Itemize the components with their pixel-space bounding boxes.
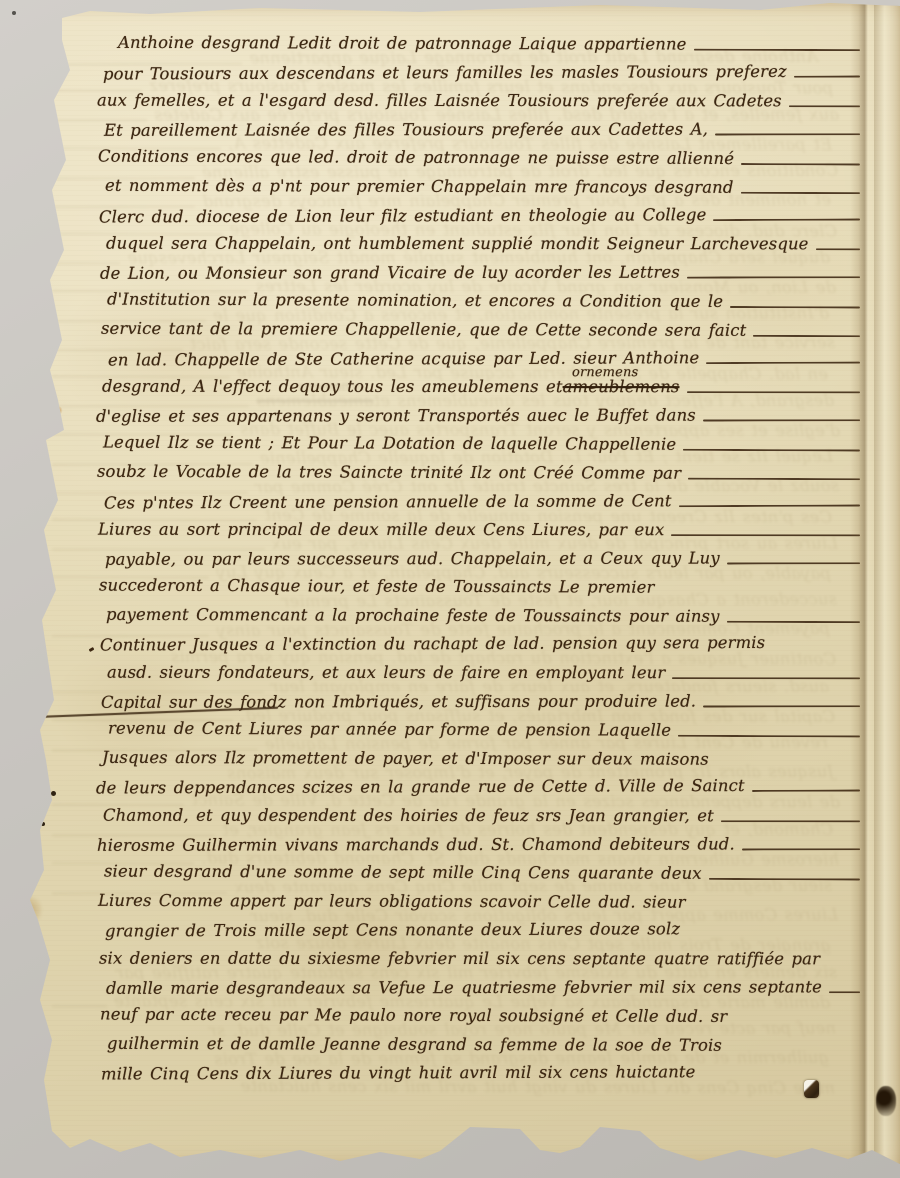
manuscript-line-text: Liures Comme appert par leurs obligation… <box>98 887 686 917</box>
manuscript-line: neuf par acte receu par Me paulo nore ro… <box>100 1001 862 1033</box>
scan-background: Anthoine desgrand Ledit droit de patronn… <box>0 0 900 1178</box>
line-filler-rule <box>752 790 860 792</box>
line-filler-rule <box>709 878 860 881</box>
manuscript-line-text: payement Commencant a la prochaine feste… <box>106 601 720 632</box>
manuscript-line-text: neuf par acte receu par Me paulo nore ro… <box>100 1001 727 1032</box>
manuscript-line-text: Et pareillement Laisnée des filles Tousi… <box>104 115 708 145</box>
manuscript-line-text: six deniers en datte du sixiesme febvrie… <box>99 945 820 974</box>
manuscript-line-text: Continuer Jusques a l'extinction du rach… <box>100 629 765 660</box>
correction: ameublemensornemens <box>563 373 680 402</box>
line-filler-rule <box>686 391 860 393</box>
manuscript-line-text: d'Institution sur la presente nomination… <box>107 286 723 317</box>
manuscript-line: Et pareillement Laisnée des filles Tousi… <box>104 115 862 145</box>
page-gutter <box>874 0 900 1178</box>
line-filler-rule <box>703 419 860 421</box>
manuscript-line: pour Tousiours aux descendans et leurs f… <box>103 57 862 89</box>
manuscript-line-text: et nomment dès a p'nt pour premier Chapp… <box>105 172 734 203</box>
manuscript-line-text: Clerc dud. diocese de Lion leur filz est… <box>99 201 707 232</box>
manuscript-line-text: Liures au sort principal de deux mille d… <box>98 516 664 545</box>
line-filler-rule <box>721 820 860 822</box>
manuscript-line: Liures au sort principal de deux mille d… <box>98 516 862 545</box>
manuscript-line: Lequel Ilz se tient ; Et Pour La Dotatio… <box>103 429 862 461</box>
line-filler-rule <box>742 847 860 849</box>
line-filler-rule <box>683 449 860 452</box>
manuscript-line: damlle marie desgrandeaux sa Vefue Le qu… <box>106 973 862 1003</box>
interlinear-insertion: ornemens <box>572 367 638 380</box>
manuscript-line: service tant de la premiere Chappellenie… <box>101 315 862 346</box>
manuscript-line: Liures Comme appert par leurs obligation… <box>98 887 862 918</box>
line-filler-rule <box>727 620 860 622</box>
manuscript-line: en lad. Chappelle de Ste Catherine acqui… <box>108 343 862 374</box>
line-filler-rule <box>672 677 860 679</box>
manuscript-line-text: soubz le Vocable de la tres Saincte trin… <box>97 458 681 488</box>
line-filler-rule <box>706 361 860 364</box>
manuscript-line-text: damlle marie desgrandeaux sa Vefue Le qu… <box>106 973 822 1003</box>
manuscript-line: six deniers en datte du sixiesme febvrie… <box>99 945 862 974</box>
manuscript-line: Clerc dud. diocese de Lion leur filz est… <box>99 200 862 232</box>
edge-stain <box>14 893 42 927</box>
manuscript-line-text: sieur desgrand d'une somme de sept mille… <box>104 858 702 889</box>
manuscript-line: et nomment dès a p'nt pour premier Chapp… <box>105 172 862 203</box>
manuscript-line: d'Institution sur la presente nomination… <box>107 286 862 317</box>
manuscript-line-text: ausd. sieurs fondateurs, et aux leurs de… <box>107 659 665 688</box>
background-speck <box>12 11 16 15</box>
manuscript-line: sieur desgrand d'une somme de sept mille… <box>104 858 862 890</box>
manuscript-line: Ces p'ntes Ilz Creent une pension annuel… <box>104 486 862 518</box>
manuscript-line: payement Commencant a la prochaine feste… <box>106 601 862 632</box>
manuscript-line-text: succederont a Chasque iour, et feste de … <box>99 572 655 603</box>
line-filler-rule <box>715 133 860 135</box>
manuscript-line-text: Anthoine desgrand Ledit droit de patronn… <box>118 29 687 59</box>
manuscript-line-text: desgrand, A l'effect dequoy tous les ame… <box>102 373 563 402</box>
text-layer: Anthoine desgrand Ledit droit de patronn… <box>96 30 862 1088</box>
manuscript-line-text: aux femelles, et a l'esgard desd. filles… <box>97 87 782 116</box>
manuscript-line: Continuer Jusques a l'extinction du rach… <box>100 629 862 661</box>
line-filler-rule <box>694 48 860 51</box>
line-filler-rule <box>687 276 860 278</box>
manuscript-line: grangier de Trois mille sept Cens nonant… <box>105 915 862 947</box>
manuscript-line: succederont a Chasque iour, et feste de … <box>99 572 862 604</box>
line-filler-rule <box>678 735 860 738</box>
manuscript-line-text: grangier de Trois mille sept Cens nonant… <box>105 916 680 947</box>
manuscript-line-text: mille Cinq Cens dix Liures du vingt huit… <box>101 1059 696 1090</box>
manuscript-line: Chamond, et quy despendent des hoiries d… <box>103 802 862 831</box>
manuscript-line: de leurs deppendances scizes en la grand… <box>96 772 862 804</box>
manuscript-line-text: service tant de la premiere Chappellenie… <box>101 315 746 346</box>
ink-spot <box>51 791 56 796</box>
manuscript-line-text: payable, ou par leurs successeurs aud. C… <box>105 544 720 574</box>
line-filler-rule <box>713 218 860 221</box>
line-filler-rule <box>679 504 860 507</box>
manuscript-line-text: Lequel Ilz se tient ; Et Pour La Dotatio… <box>103 429 676 460</box>
manuscript-line: Anthoine desgrand Ledit droit de patronn… <box>118 29 862 60</box>
manuscript-line: soubz le Vocable de la tres Saincte trin… <box>97 458 862 489</box>
manuscript-line: Jusques alors Ilz promettent de payer, e… <box>102 744 862 775</box>
manuscript-line-text: guilhermin et de damlle Jeanne desgrand … <box>107 1030 722 1061</box>
margin-mark <box>89 647 95 652</box>
manuscript-line: ausd. sieurs fondateurs, et aux leurs de… <box>107 659 862 688</box>
manuscript-line: de Lion, ou Monsieur son grand Vicaire d… <box>100 258 862 288</box>
manuscript-line: Conditions encores que led. droit de pat… <box>98 143 862 175</box>
manuscript-line: desgrand, A l'effect dequoy tous les ame… <box>102 373 862 402</box>
manuscript-line-text: d'eglise et ses appartenans y seront Tra… <box>96 401 696 431</box>
ink-spot <box>41 822 45 826</box>
line-filler-rule <box>727 561 860 563</box>
ink-spot <box>41 42 44 45</box>
manuscript-line-text: Capital sur des fondz non Imbriqués, et … <box>101 687 696 717</box>
manuscript-line-text: duquel sera Chappelain, ont humblement s… <box>106 230 809 259</box>
manuscript-line-text: hierosme Guilhermin vivans marchands dud… <box>97 830 735 860</box>
manuscript-line: mille Cinq Cens dix Liures du vingt huit… <box>101 1058 862 1090</box>
manuscript-line-text: Chamond, et quy despendent des hoiries d… <box>103 802 714 831</box>
manuscript-line: aux femelles, et a l'esgard desd. filles… <box>97 87 862 116</box>
manuscript-line-text: Ces p'ntes Ilz Creent une pension annuel… <box>104 487 672 518</box>
manuscript-line-text: Conditions encores que led. droit de pat… <box>98 143 734 174</box>
line-filler-rule <box>730 306 860 308</box>
line-filler-rule <box>753 334 860 336</box>
manuscript-line: revenu de Cent Liures par année par form… <box>108 715 862 746</box>
line-filler-rule <box>741 191 860 193</box>
manuscript-line-text: de leurs deppendances scizes en la grand… <box>96 772 745 803</box>
line-filler-rule <box>688 477 860 480</box>
line-filler-rule <box>741 163 860 165</box>
manuscript-line-text: Jusques alors Ilz promettent de payer, e… <box>102 744 709 774</box>
manuscript-line: guilhermin et de damlle Jeanne desgrand … <box>107 1030 862 1061</box>
line-filler-rule <box>703 704 860 706</box>
manuscript-line-text: de Lion, ou Monsieur son grand Vicaire d… <box>100 258 680 288</box>
manuscript-line: hierosme Guilhermin vivans marchands dud… <box>97 830 862 860</box>
line-filler-rule <box>671 534 860 536</box>
manuscript-line: Capital sur des fondz non Imbriqués, et … <box>101 687 862 717</box>
manuscript-line: duquel sera Chappelain, ont humblement s… <box>106 230 862 259</box>
foxing-stain <box>52 406 63 415</box>
manuscript-line-text: revenu de Cent Liures par année par form… <box>108 715 671 746</box>
manuscript-line: payable, ou par leurs successeurs aud. C… <box>105 544 862 574</box>
manuscript-page: Anthoine desgrand Ledit droit de patronn… <box>0 0 900 1178</box>
manuscript-line-text: pour Tousiours aux descendans et leurs f… <box>103 57 787 88</box>
manuscript-line: d'eglise et ses appartenans y seront Tra… <box>96 401 862 431</box>
